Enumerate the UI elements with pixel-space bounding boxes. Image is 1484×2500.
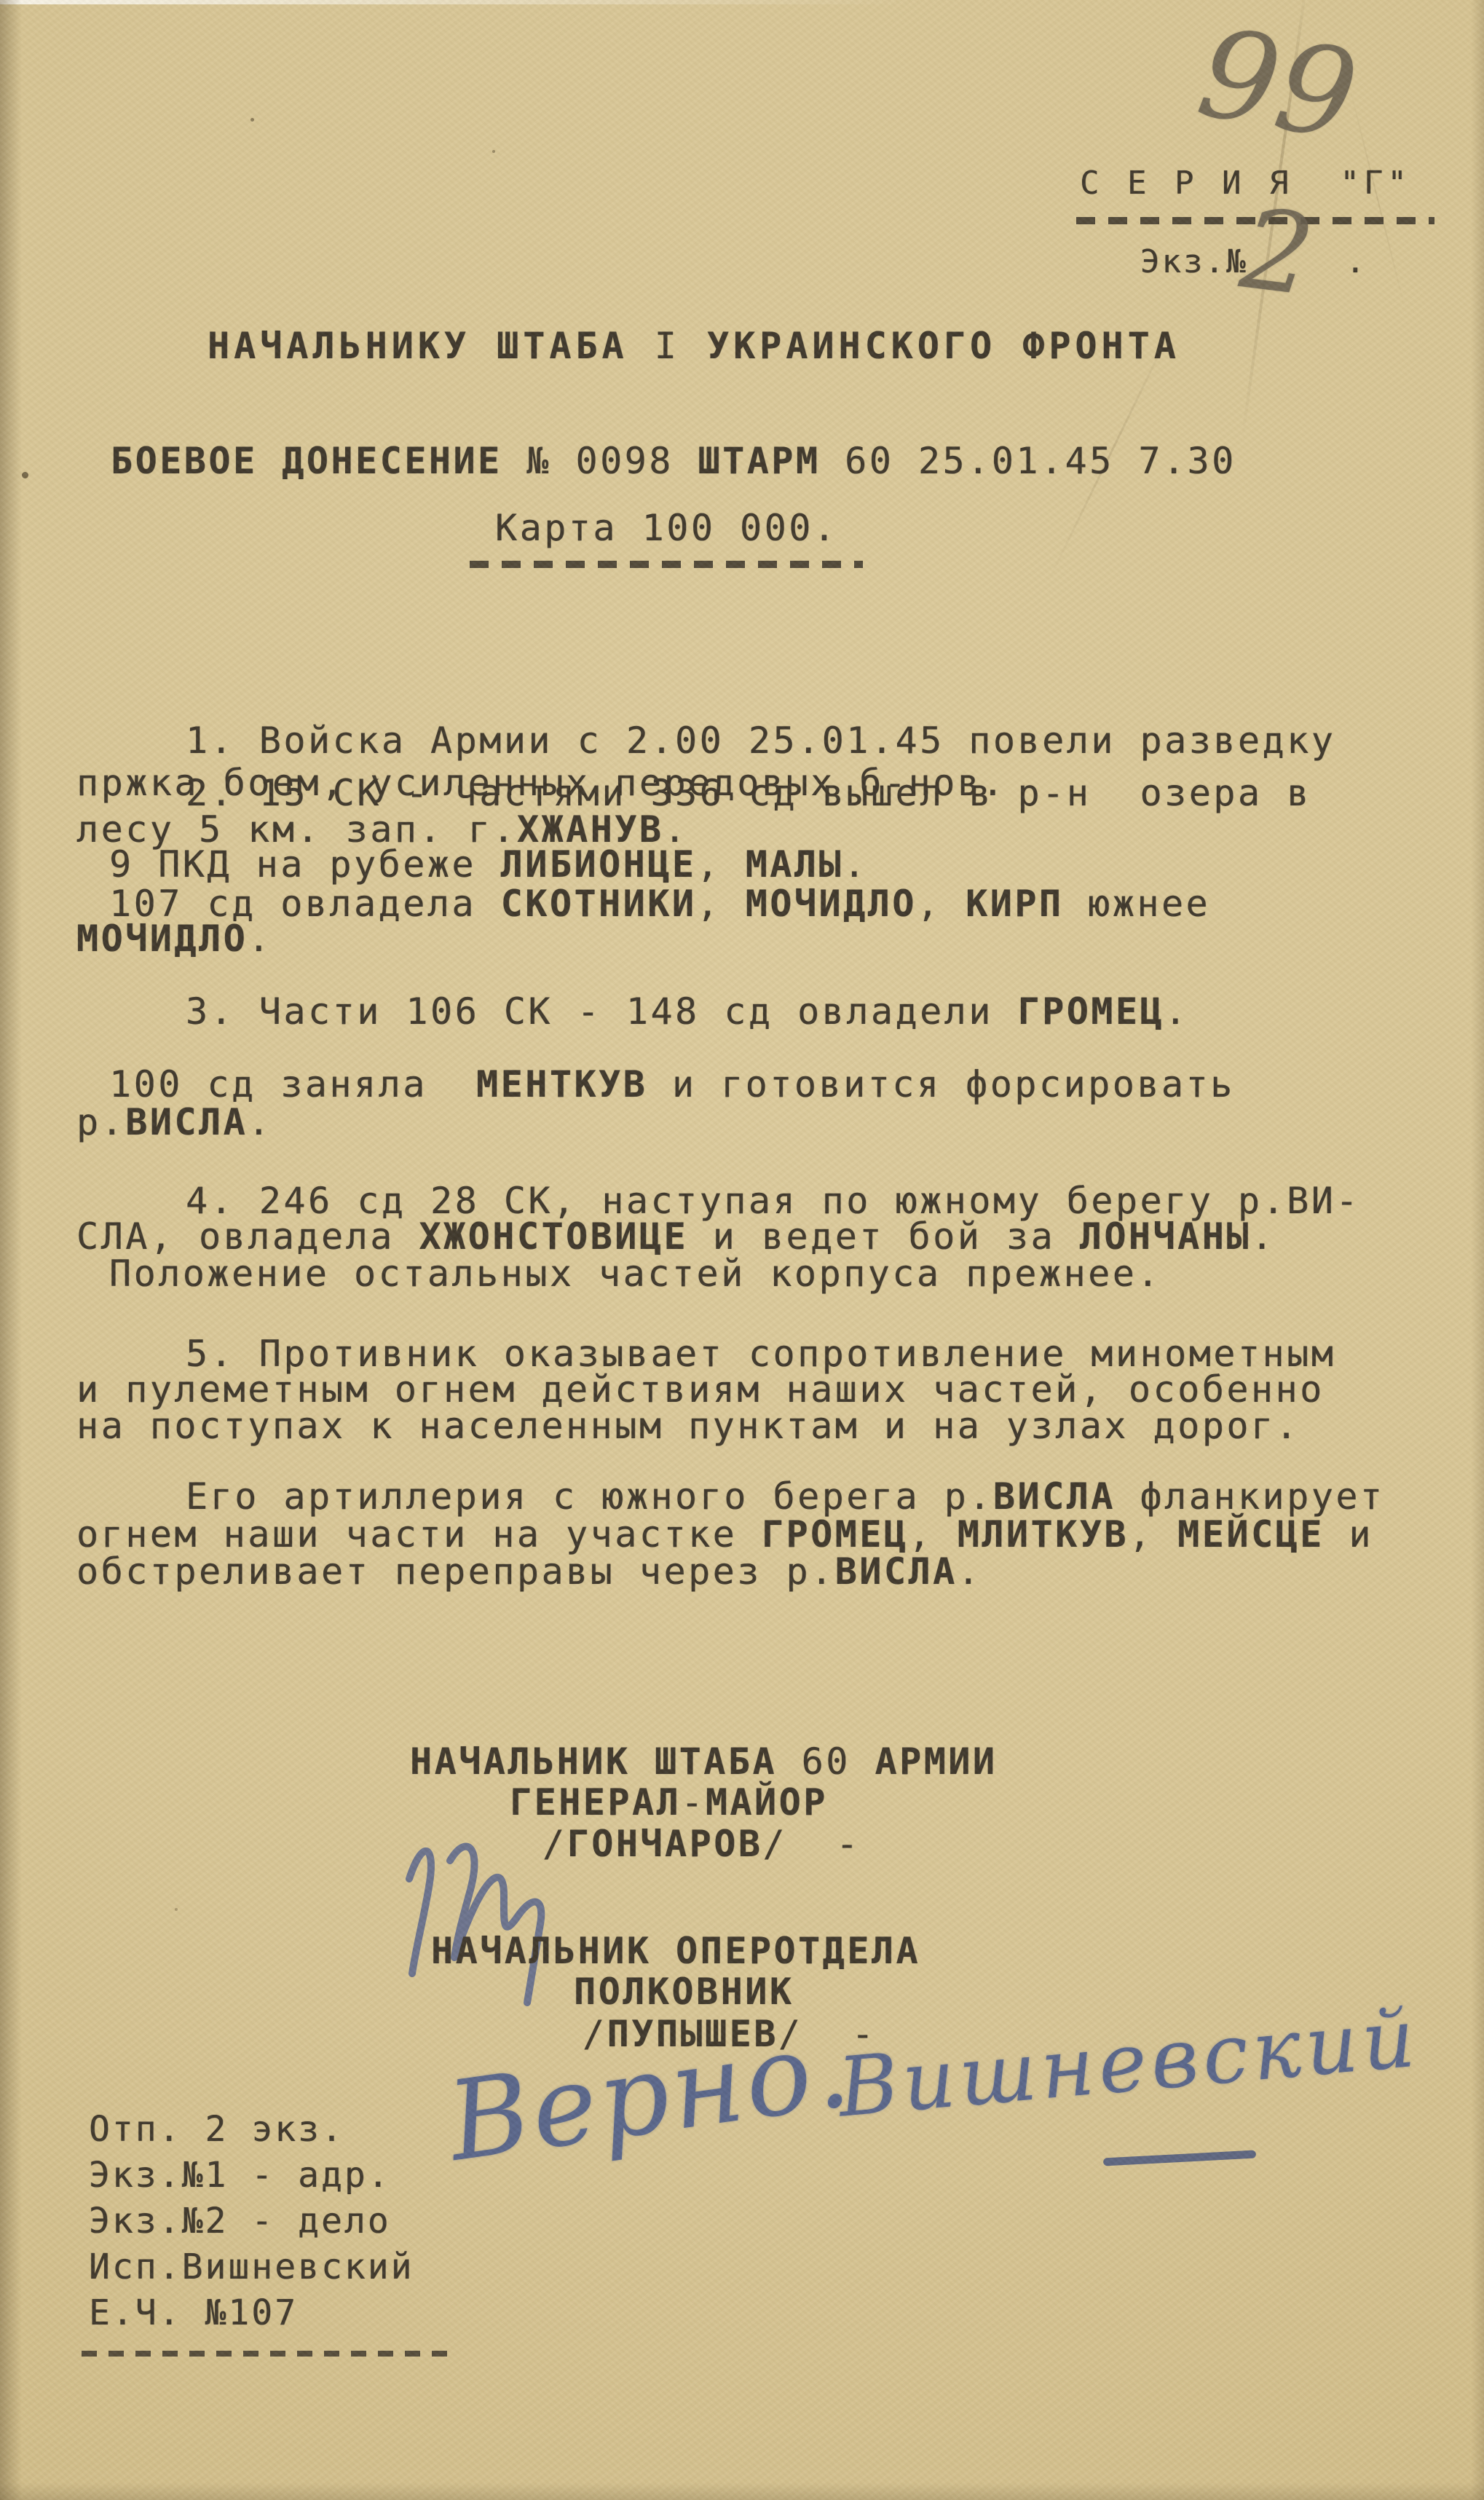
right-edge-shadow [1471, 0, 1484, 2500]
addressee-line: НАЧАЛЬНИКУ ШТАБА I УКРАИНСКОГО ФРОНТА [208, 326, 1180, 366]
paper-speck [250, 118, 254, 122]
report-title: БОЕВОЕ ДОНЕСЕНИЕ № 0098 ШТАРМ 60 25.01.4… [111, 441, 1236, 481]
report-line-p5-4: Его артиллерия с южного берега р.ВИСЛА ф… [186, 1477, 1385, 1517]
footer-unit-line: Е.Ч. №107 [89, 2294, 298, 2333]
report-line-p3-1: 3. Части 106 СК - 148 сд овладели ГРОМЕЦ… [186, 992, 1189, 1032]
report-line-p4-3: Положение остальных частей корпуса прежн… [109, 1254, 1161, 1294]
report-line-p5-6: обстреливает переправы через р.ВИСЛА. [76, 1552, 982, 1592]
signature-ops-rank: ПОЛКОВНИК [574, 1972, 794, 2012]
copy-label: Экз.№ [1140, 245, 1247, 280]
approval-scribble [393, 1828, 597, 2010]
copy-number-handwritten: 2 [1235, 184, 1321, 320]
paper-speck [175, 1908, 178, 1911]
signature-chief-title: НАЧАЛЬНИК ШТАБА 60 АРМИИ [410, 1742, 998, 1782]
report-line-p2-5: МОЧИДЛО. [76, 919, 272, 959]
signature-ops-title: НАЧАЛЬНИК ОПЕРОТДЕЛА [431, 1931, 920, 1971]
certified-handwritten: Верно. [441, 2004, 860, 2186]
report-line-p1-1: 1. Войска Армии с 2.00 25.01.45 повели р… [186, 721, 1335, 761]
report-line-p5-3: на поступах к населенным пунктам и на уз… [76, 1406, 1300, 1446]
copy-number-dot: . [1346, 245, 1370, 280]
footer-copy1-line: Экз.№1 - адр. [89, 2156, 391, 2195]
signature-chief-rank: ГЕНЕРАЛ-МАЙОР [510, 1783, 828, 1823]
page-number-handwritten: 99 [1189, 1, 1367, 168]
report-line-p3-3: р.ВИСЛА. [76, 1103, 272, 1143]
certifier-signature-handwritten: Вишневский [834, 1990, 1423, 2135]
report-line-p4-2: СЛА, овладела ХЖОНСТОВИЦЕ и ведет бой за… [76, 1217, 1276, 1257]
report-line-p2-1: 2. 15 СК - частями 336 сд вышел в р-н оз… [186, 773, 1311, 813]
report-line-p5-5: огнем наши части на участке ГРОМЕЦ, МЛИТ… [76, 1515, 1373, 1555]
footer-underline [82, 2351, 449, 2357]
report-line-p5-2: и пулеметным огнем действиям наших часте… [76, 1370, 1325, 1410]
series-label: С Е Р И Я "Г" [1080, 166, 1411, 201]
footer-copy2-line: Экз.№2 - дело [89, 2202, 391, 2241]
signature-underline-stroke [1103, 2150, 1256, 2166]
left-edge-shadow [0, 0, 22, 2500]
scanned-document-page: 99 С Е Р И Я "Г" Экз.№ 2 . НАЧАЛЬНИКУ ШТ… [0, 0, 1484, 2500]
scan-top-edge [0, 0, 910, 4]
report-line-p2-4: 107 сд овладела СКОТНИКИ, МОЧИДЛО, КИРП … [109, 884, 1210, 924]
paper-speck [492, 150, 495, 153]
footer-executor-line: Исп.Вишневский [89, 2248, 414, 2287]
map-scale-line: Карта 100 000. [495, 508, 837, 548]
report-line-p3-2: 100 сд заняла МЕНТКУВ и готовится форсир… [109, 1065, 1235, 1105]
report-line-p2-3: 9 ПКД на рубеже ЛИБИОНЦЕ, МАЛЫ. [109, 845, 868, 885]
map-scale-underline [470, 561, 863, 568]
footer-copies-line: Отп. 2 экз. [89, 2110, 344, 2149]
paper-speck [22, 472, 28, 478]
bottom-edge-shadow [0, 2483, 1484, 2500]
